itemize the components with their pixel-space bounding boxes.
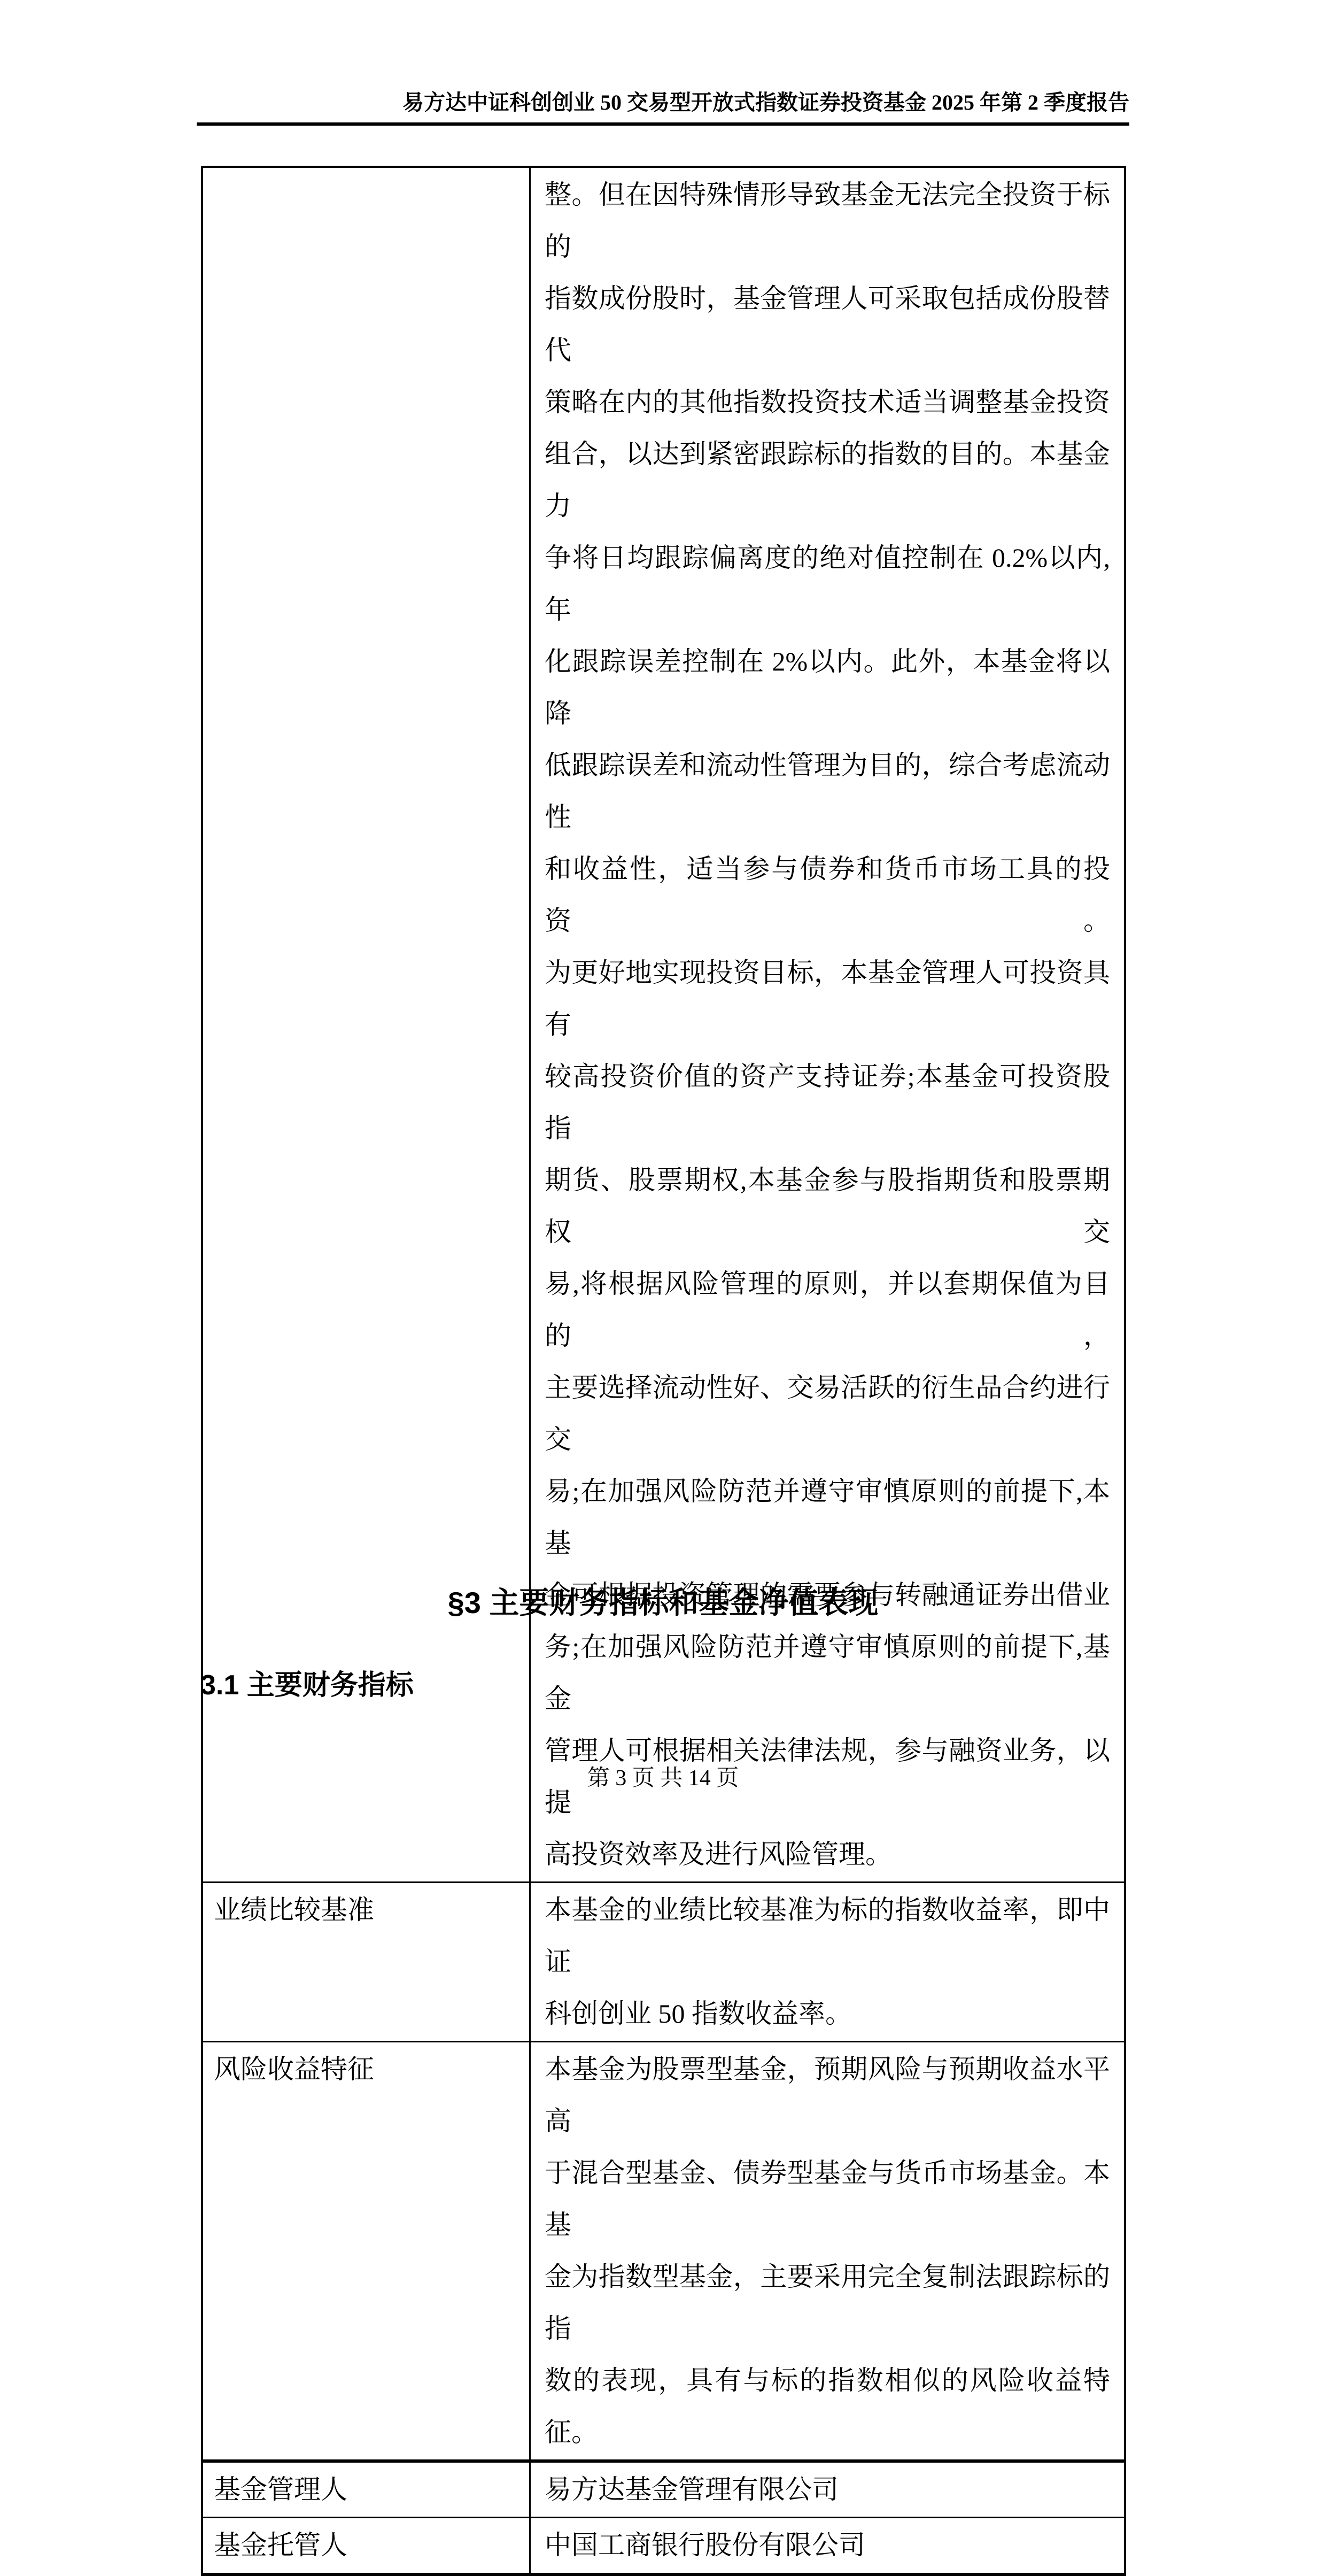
row-label: 基金管理人	[214, 2464, 525, 2516]
label-cell	[202, 167, 530, 1883]
label-cell: 风险收益特征	[202, 2042, 530, 2462]
text-line: 为更好地实现投资目标，本基金管理人可投资具有	[545, 947, 1110, 1051]
text-line: 易,将根据风险管理的原则，并以套期保值为目的，	[545, 1258, 1110, 1362]
text-line: 科创创业 50 指数收益率。	[545, 1988, 1110, 2040]
text-line: 金为指数型基金，主要采用完全复制法跟踪标的指	[545, 2251, 1110, 2355]
table-row: 基金托管人 中国工商银行股份有限公司	[202, 2518, 1125, 2574]
row-label: 基金托管人	[214, 2519, 525, 2571]
label-cell: 业绩比较基准	[202, 1883, 530, 2042]
text-line: 整。但在因特殊情形导致基金无法完全投资于标的	[545, 169, 1110, 273]
text-line: 较高投资价值的资产支持证券;本基金可投资股指	[545, 1051, 1110, 1154]
label-cell: 基金托管人	[202, 2518, 530, 2574]
text-line: 本基金的业绩比较基准为标的指数收益率，即中证	[545, 1884, 1110, 1988]
text-line: 本基金为股票型基金，预期风险与预期收益水平高	[545, 2043, 1110, 2147]
text-line: 易方达基金管理有限公司	[545, 2464, 1110, 2516]
report-page: 易方达中证科创创业 50 交易型开放式指数证券投资基金 2025 年第 2 季度…	[0, 0, 1326, 1876]
fund-info-table: 整。但在因特殊情形导致基金无法完全投资于标的 指数成份股时，基金管理人可采取包括…	[201, 166, 1126, 2576]
row-label: 风险收益特征	[214, 2043, 525, 2095]
content-cell: 本基金为股票型基金，预期风险与预期收益水平高 于混合型基金、债券型基金与货币市场…	[530, 2042, 1126, 2462]
subsection-heading: 3.1 主要财务指标	[200, 1668, 414, 1702]
text-line: 策略在内的其他指数投资技术适当调整基金投资	[545, 376, 1110, 428]
text-line: 务;在加强风险防范并遵守审慎原则的前提下,基金	[545, 1621, 1110, 1725]
text-line: 争将日均跟踪偏离度的绝对值控制在 0.2%以内,年	[545, 532, 1110, 636]
text-line: 指数成份股时，基金管理人可采取包括成份股替代	[545, 273, 1110, 376]
text-line: 低跟踪误差和流动性管理为目的，综合考虑流动性	[545, 739, 1110, 843]
table-row: 整。但在因特殊情形导致基金无法完全投资于标的 指数成份股时，基金管理人可采取包括…	[202, 167, 1125, 1883]
text-line: 化跟踪误差控制在 2%以内。此外，本基金将以降	[545, 636, 1110, 739]
page-footer: 第 3 页 共 14 页	[0, 1764, 1326, 1792]
section-heading: §3 主要财务指标和基金净值表现	[0, 1586, 1326, 1620]
content-cell: 中国工商银行股份有限公司	[530, 2518, 1126, 2574]
content-cell: 整。但在因特殊情形导致基金无法完全投资于标的 指数成份股时，基金管理人可采取包括…	[530, 167, 1126, 1883]
label-cell: 基金管理人	[202, 2461, 530, 2518]
row-label: 业绩比较基准	[214, 1884, 525, 1936]
table-row: 基金管理人 易方达基金管理有限公司	[202, 2461, 1125, 2518]
text-line: 中国工商银行股份有限公司	[545, 2519, 1110, 2571]
content-cell: 本基金的业绩比较基准为标的指数收益率，即中证 科创创业 50 指数收益率。	[530, 1883, 1126, 2042]
table-row: 业绩比较基准 本基金的业绩比较基准为标的指数收益率，即中证 科创创业 50 指数…	[202, 1883, 1125, 2042]
content-cell: 易方达基金管理有限公司	[530, 2461, 1126, 2518]
text-line: 期货、股票期权,本基金参与股指期货和股票期权交	[545, 1154, 1110, 1258]
header-rule	[197, 122, 1129, 126]
report-header: 易方达中证科创创业 50 交易型开放式指数证券投资基金 2025 年第 2 季度…	[197, 89, 1129, 117]
text-line: 组合，以达到紧密跟踪标的指数的目的。本基金力	[545, 428, 1110, 532]
text-line: 高投资效率及进行风险管理。	[545, 1829, 1110, 1880]
text-line: 数的表现，具有与标的指数相似的风险收益特征。	[545, 2355, 1110, 2458]
text-line: 主要选择流动性好、交易活跃的衍生品合约进行交	[545, 1362, 1110, 1466]
text-line: 于混合型基金、债券型基金与货币市场基金。本基	[545, 2147, 1110, 2251]
text-line: 易;在加强风险防范并遵守审慎原则的前提下,本基	[545, 1466, 1110, 1569]
text-line: 和收益性，适当参与债券和货币市场工具的投资。	[545, 843, 1110, 947]
table-row: 风险收益特征 本基金为股票型基金，预期风险与预期收益水平高 于混合型基金、债券型…	[202, 2042, 1125, 2462]
